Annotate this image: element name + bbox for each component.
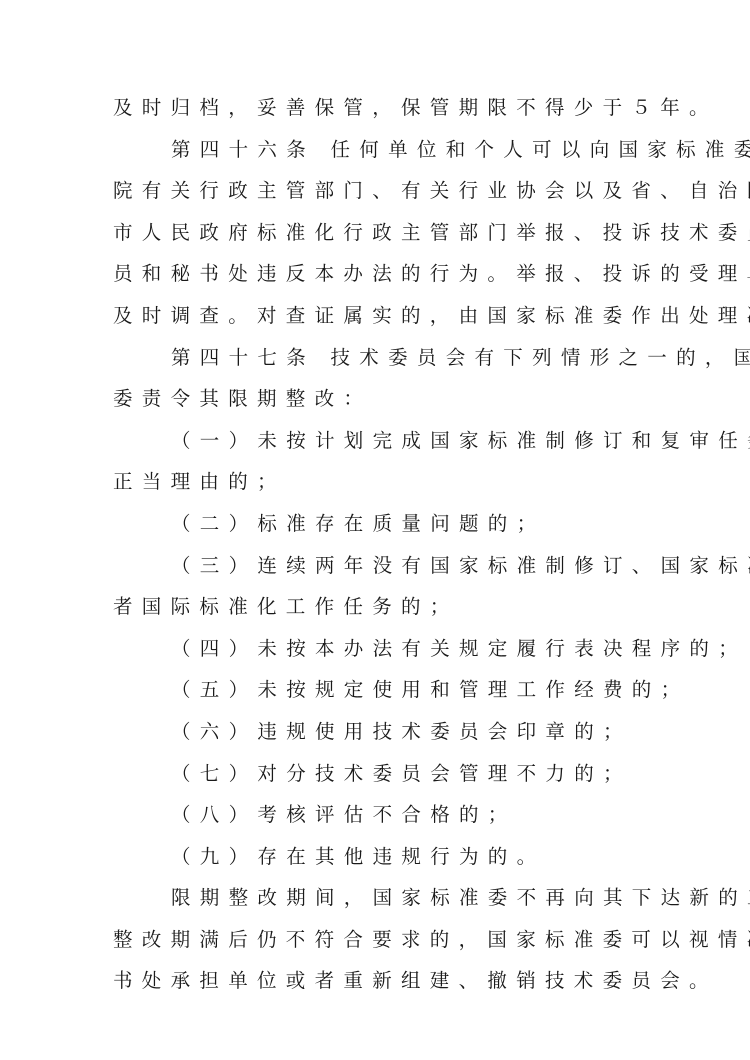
list-item-1: （一）未按计划完成国家标准制修订和复审任务，且无 [113,420,653,462]
text-line: 及时调查。对查证属实的，由国家标准委作出处理决定。 [113,295,653,337]
text-line: 正当理由的； [113,461,653,503]
list-item-4: （四）未按本办法有关规定履行表决程序的； [113,628,653,670]
article-47-line: 第四十七条 技术委员会有下列情形之一的，国家标准 [113,337,653,379]
list-item-7: （七）对分技术委员会管理不力的； [113,753,653,795]
article-46-line: 第四十六条 任何单位和个人可以向国家标准委、国务 [113,129,653,171]
list-item-6: （六）违规使用技术委员会印章的； [113,711,653,753]
list-item-3: （三）连续两年没有国家标准制修订、国家标准复审或 [113,545,653,587]
text-line: 整改期满后仍不符合要求的，国家标准委可以视情况调整秘 [113,919,653,961]
text-line-continuation: 及时归档，妥善保管，保管期限不得少于５年。 [113,87,653,129]
text-line: 者国际标准化工作任务的； [113,586,653,628]
list-item-5: （五）未按规定使用和管理工作经费的； [113,669,653,711]
text-line: 员和秘书处违反本办法的行为。举报、投诉的受理单位应当 [113,253,653,295]
list-item-2: （二）标准存在质量问题的； [113,503,653,545]
closing-paragraph-line: 限期整改期间，国家标准委不再向其下达新的工作任务。 [113,877,653,919]
text-line: 书处承担单位或者重新组建、撤销技术委员会。 [113,960,653,1002]
list-item-8: （八）考核评估不合格的； [113,794,653,836]
text-line: 市人民政府标准化行政主管部门举报、投诉技术委员会、委 [113,212,653,254]
text-line: 委责令其限期整改： [113,378,653,420]
list-item-9: （九）存在其他违规行为的。 [113,836,653,878]
document-page: 及时归档，妥善保管，保管期限不得少于５年。 第四十六条 任何单位和个人可以向国家… [113,87,653,1002]
text-line: 院有关行政主管部门、有关行业协会以及省、自治区、直辖 [113,170,653,212]
